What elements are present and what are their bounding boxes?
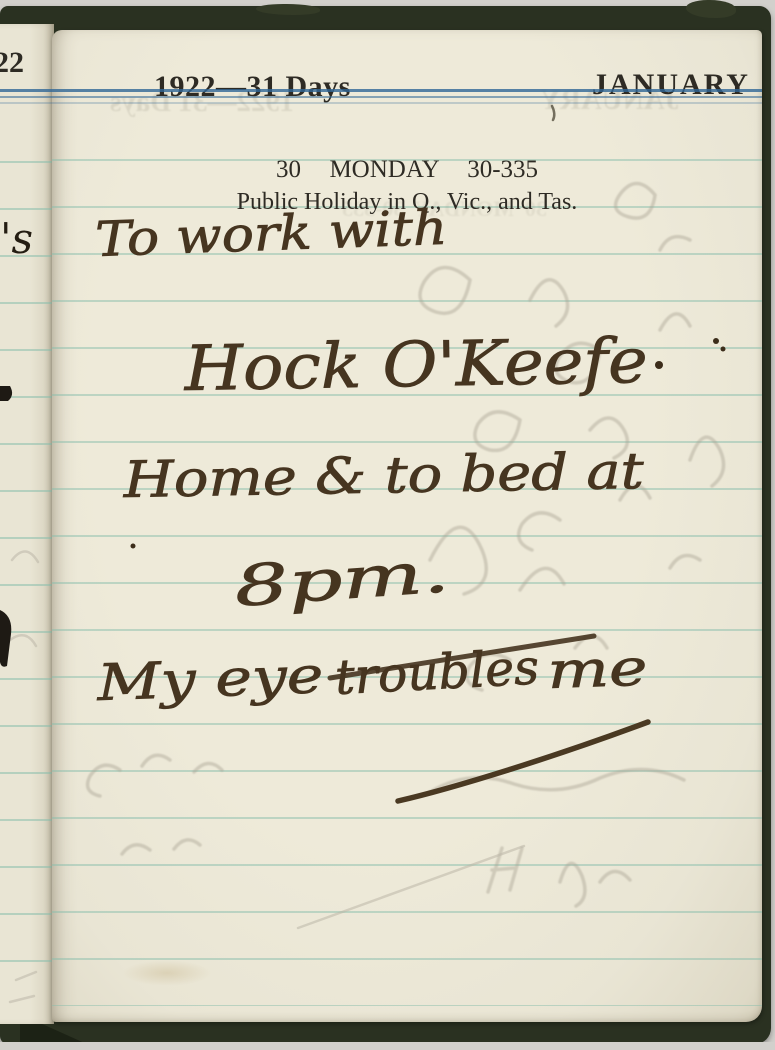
entry-line-4: 8pm. <box>232 540 451 620</box>
entry-line-5-before: My eye <box>95 646 324 712</box>
diary-photo: 22 's 1922—31 Days JANUARY 30 MONDAY 30-… <box>0 0 775 1050</box>
entry-line-3: Home & to bed at <box>122 442 645 509</box>
ink-speck <box>552 106 554 120</box>
previous-page-ink-blobs <box>0 386 12 667</box>
entry-line-1: To work with <box>94 200 448 268</box>
flourish-stroke <box>398 722 648 801</box>
handwriting-layer: To work with Hock O'Keefe Home & to bed … <box>0 0 775 1050</box>
pencil-marks <box>10 551 524 1002</box>
entry-line-5-after: me <box>546 639 648 700</box>
handwritten-entry: To work with Hock O'Keefe Home & to bed … <box>94 200 648 712</box>
entry-line-2: Hock O'Keefe <box>183 324 648 405</box>
